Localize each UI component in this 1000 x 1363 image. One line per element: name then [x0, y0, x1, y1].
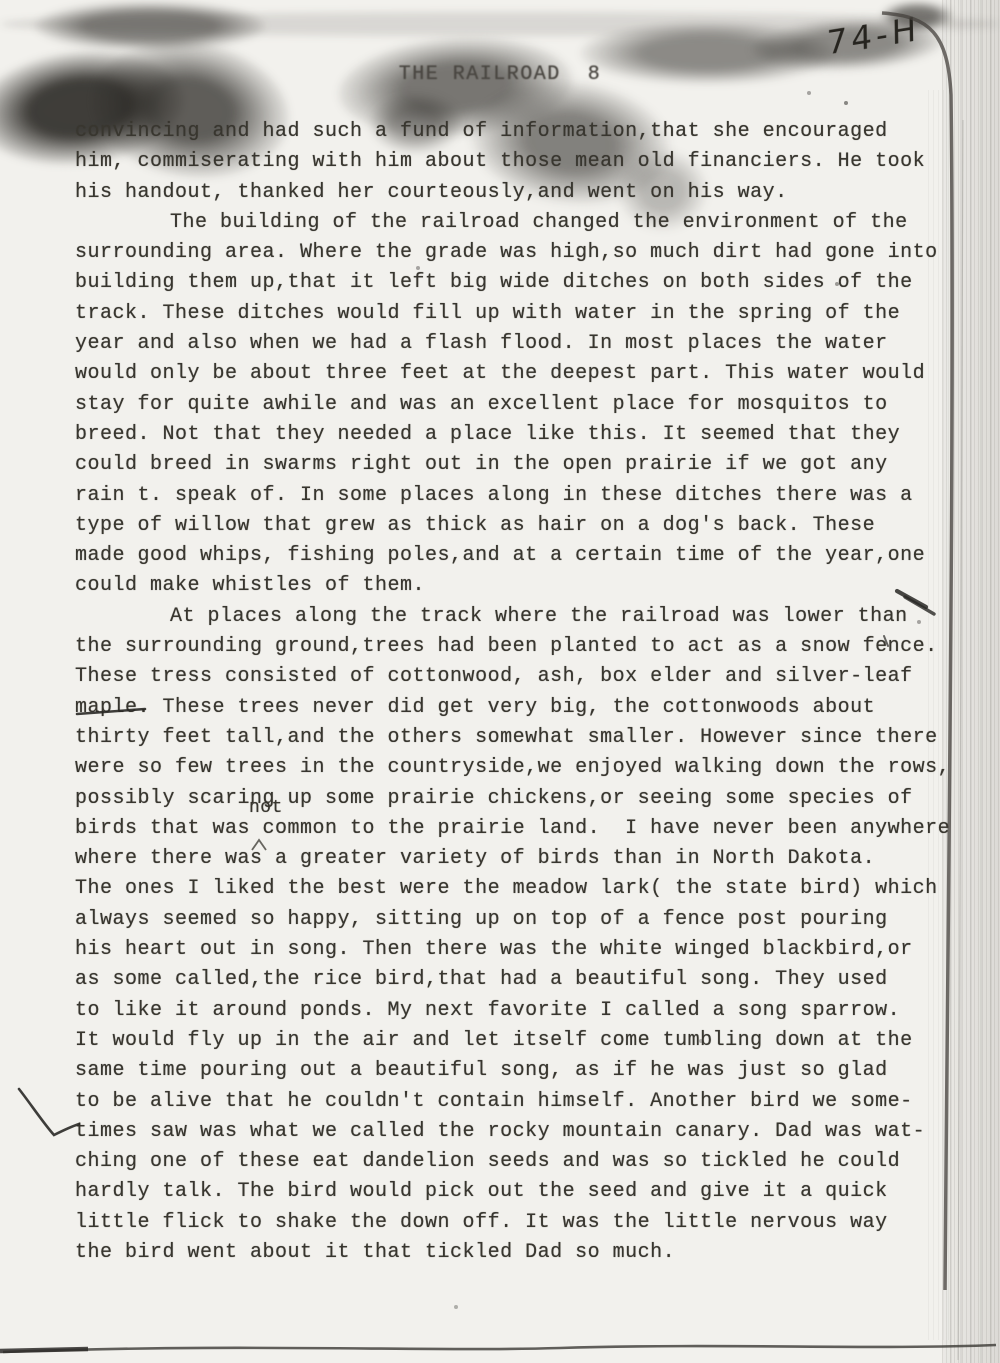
text-line: his heart out in song. Then there was th… [75, 935, 955, 965]
text-line: convincing and had such a fund of inform… [75, 117, 955, 147]
text-line: the bird went about it that tickled Dad … [75, 1238, 955, 1268]
text-line: The building of the railroad changed the… [75, 208, 955, 238]
text-line: were so few trees in the countryside,we … [75, 753, 955, 783]
text-line: could breed in swarms right out in the o… [75, 450, 955, 480]
text-line: possibly scaring up some prairie chicken… [75, 784, 955, 814]
text-line: At places along the track where the rail… [75, 602, 955, 632]
margin-checkmark [19, 1089, 79, 1135]
inserted-word: not [249, 798, 283, 818]
scanned-page: 74-H THE RAILROAD 8 convincing and had s… [0, 0, 1000, 1363]
bottom-edge-line-thick [0, 1349, 88, 1351]
text-line: maple. These trees never did get very bi… [75, 693, 955, 723]
text-line: type of willow that grew as thick as hai… [75, 511, 955, 541]
text-line: him, commiserating with him about those … [75, 147, 955, 177]
text-line: made good whips, fishing poles,and at a … [75, 541, 955, 571]
text-line: the surrounding ground,trees had been pl… [75, 632, 955, 662]
text-line: birds that was common to the prairie lan… [75, 814, 955, 844]
page-title: THE RAILROAD 8 [0, 63, 1000, 86]
text-line: The ones I liked the best were the meado… [75, 874, 955, 904]
text-line: to like it around ponds. My next favorit… [75, 996, 955, 1026]
text-line: stay for quite awhile and was an excelle… [75, 390, 955, 420]
text-line: thirty feet tall,and the others somewhat… [75, 723, 955, 753]
text-line: his handout, thanked her courteously,and… [75, 178, 955, 208]
text-line: year and also when we had a flash flood.… [75, 329, 955, 359]
document-body: convincing and had such a fund of inform… [75, 117, 955, 1268]
text-line: It would fly up in the air and let itsel… [75, 1026, 955, 1056]
text-line: always seemed so happy, sitting up on to… [75, 905, 955, 935]
text-line: track. These ditches would fill up with … [75, 299, 955, 329]
text-line: where there was a greater variety of bir… [75, 844, 955, 874]
text-line: little flick to shake the down off. It w… [75, 1208, 955, 1238]
bottom-edge-line [3, 1345, 996, 1352]
text-line: These tress consisted of cottonwood, ash… [75, 662, 955, 692]
text-line: surrounding area. Where the grade was hi… [75, 238, 955, 268]
text-line: same time pouring out a beautiful song, … [75, 1056, 955, 1086]
text-line: building them up,that it left big wide d… [75, 268, 955, 298]
text-line: to be alive that he couldn't contain him… [75, 1087, 955, 1117]
text-line: could make whistles of them. [75, 571, 955, 601]
text-line: would only be about three feet at the de… [75, 359, 955, 389]
text-line: rain t. speak of. In some places along i… [75, 481, 955, 511]
text-line: as some called,the rice bird,that had a … [75, 965, 955, 995]
text-line: hardly talk. The bird would pick out the… [75, 1177, 955, 1207]
text-line: breed. Not that they needed a place like… [75, 420, 955, 450]
scan-speckles [0, 0, 2, 2]
text-line: times saw was what we called the rocky m… [75, 1117, 955, 1147]
text-line: ching one of these eat dandelion seeds a… [75, 1147, 955, 1177]
